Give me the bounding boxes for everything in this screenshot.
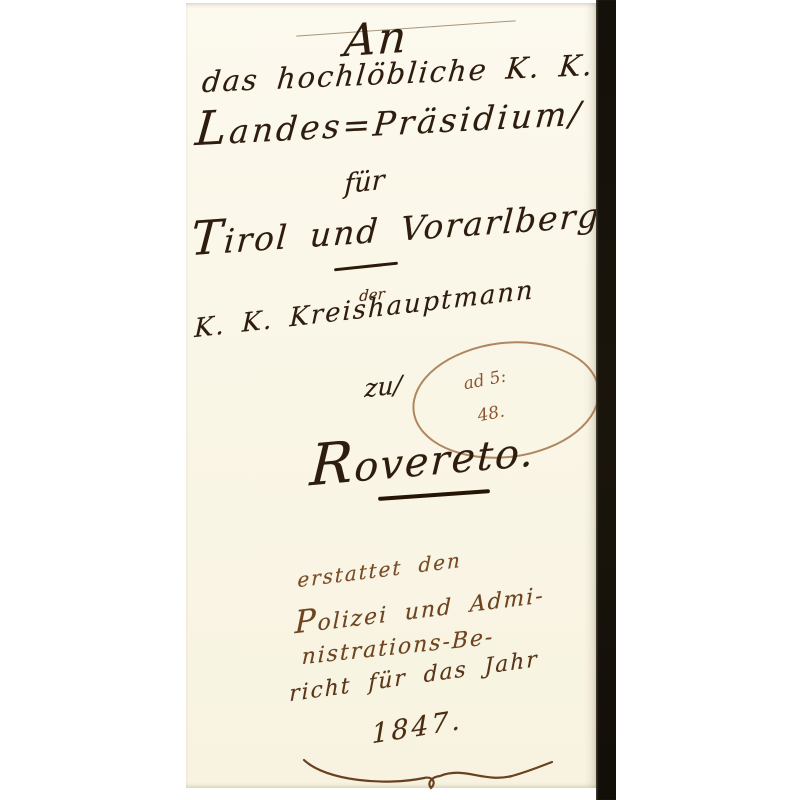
paper-page: An das hochlöbliche K. K. Landes=Präsidi…	[186, 3, 596, 788]
body-line-1: erstattet den	[296, 548, 463, 592]
city-line: Rovereto.	[307, 414, 538, 499]
preposition-text: für	[344, 165, 385, 200]
preposition-fuer: für	[343, 165, 386, 200]
stamp-reference-number: ad 5:	[462, 367, 508, 395]
binding-edge-strip	[596, 0, 616, 800]
location-prefix-text: zu/	[364, 370, 403, 403]
year-line: 1847.	[369, 705, 465, 750]
body-line-1-text: erstattet den	[297, 548, 462, 592]
document-scan: An das hochlöbliche K. K. Landes=Präsidi…	[0, 0, 800, 800]
city-text: Rovereto.	[308, 413, 537, 499]
closing-flourish	[298, 753, 560, 793]
location-prefix-zu: zu/	[363, 370, 404, 403]
region-underline	[334, 262, 398, 272]
region-text: Tirol und Vorarlberg	[189, 184, 602, 267]
year-text: 1847.	[371, 705, 463, 751]
region-line: Tirol und Vorarlberg	[189, 184, 602, 267]
